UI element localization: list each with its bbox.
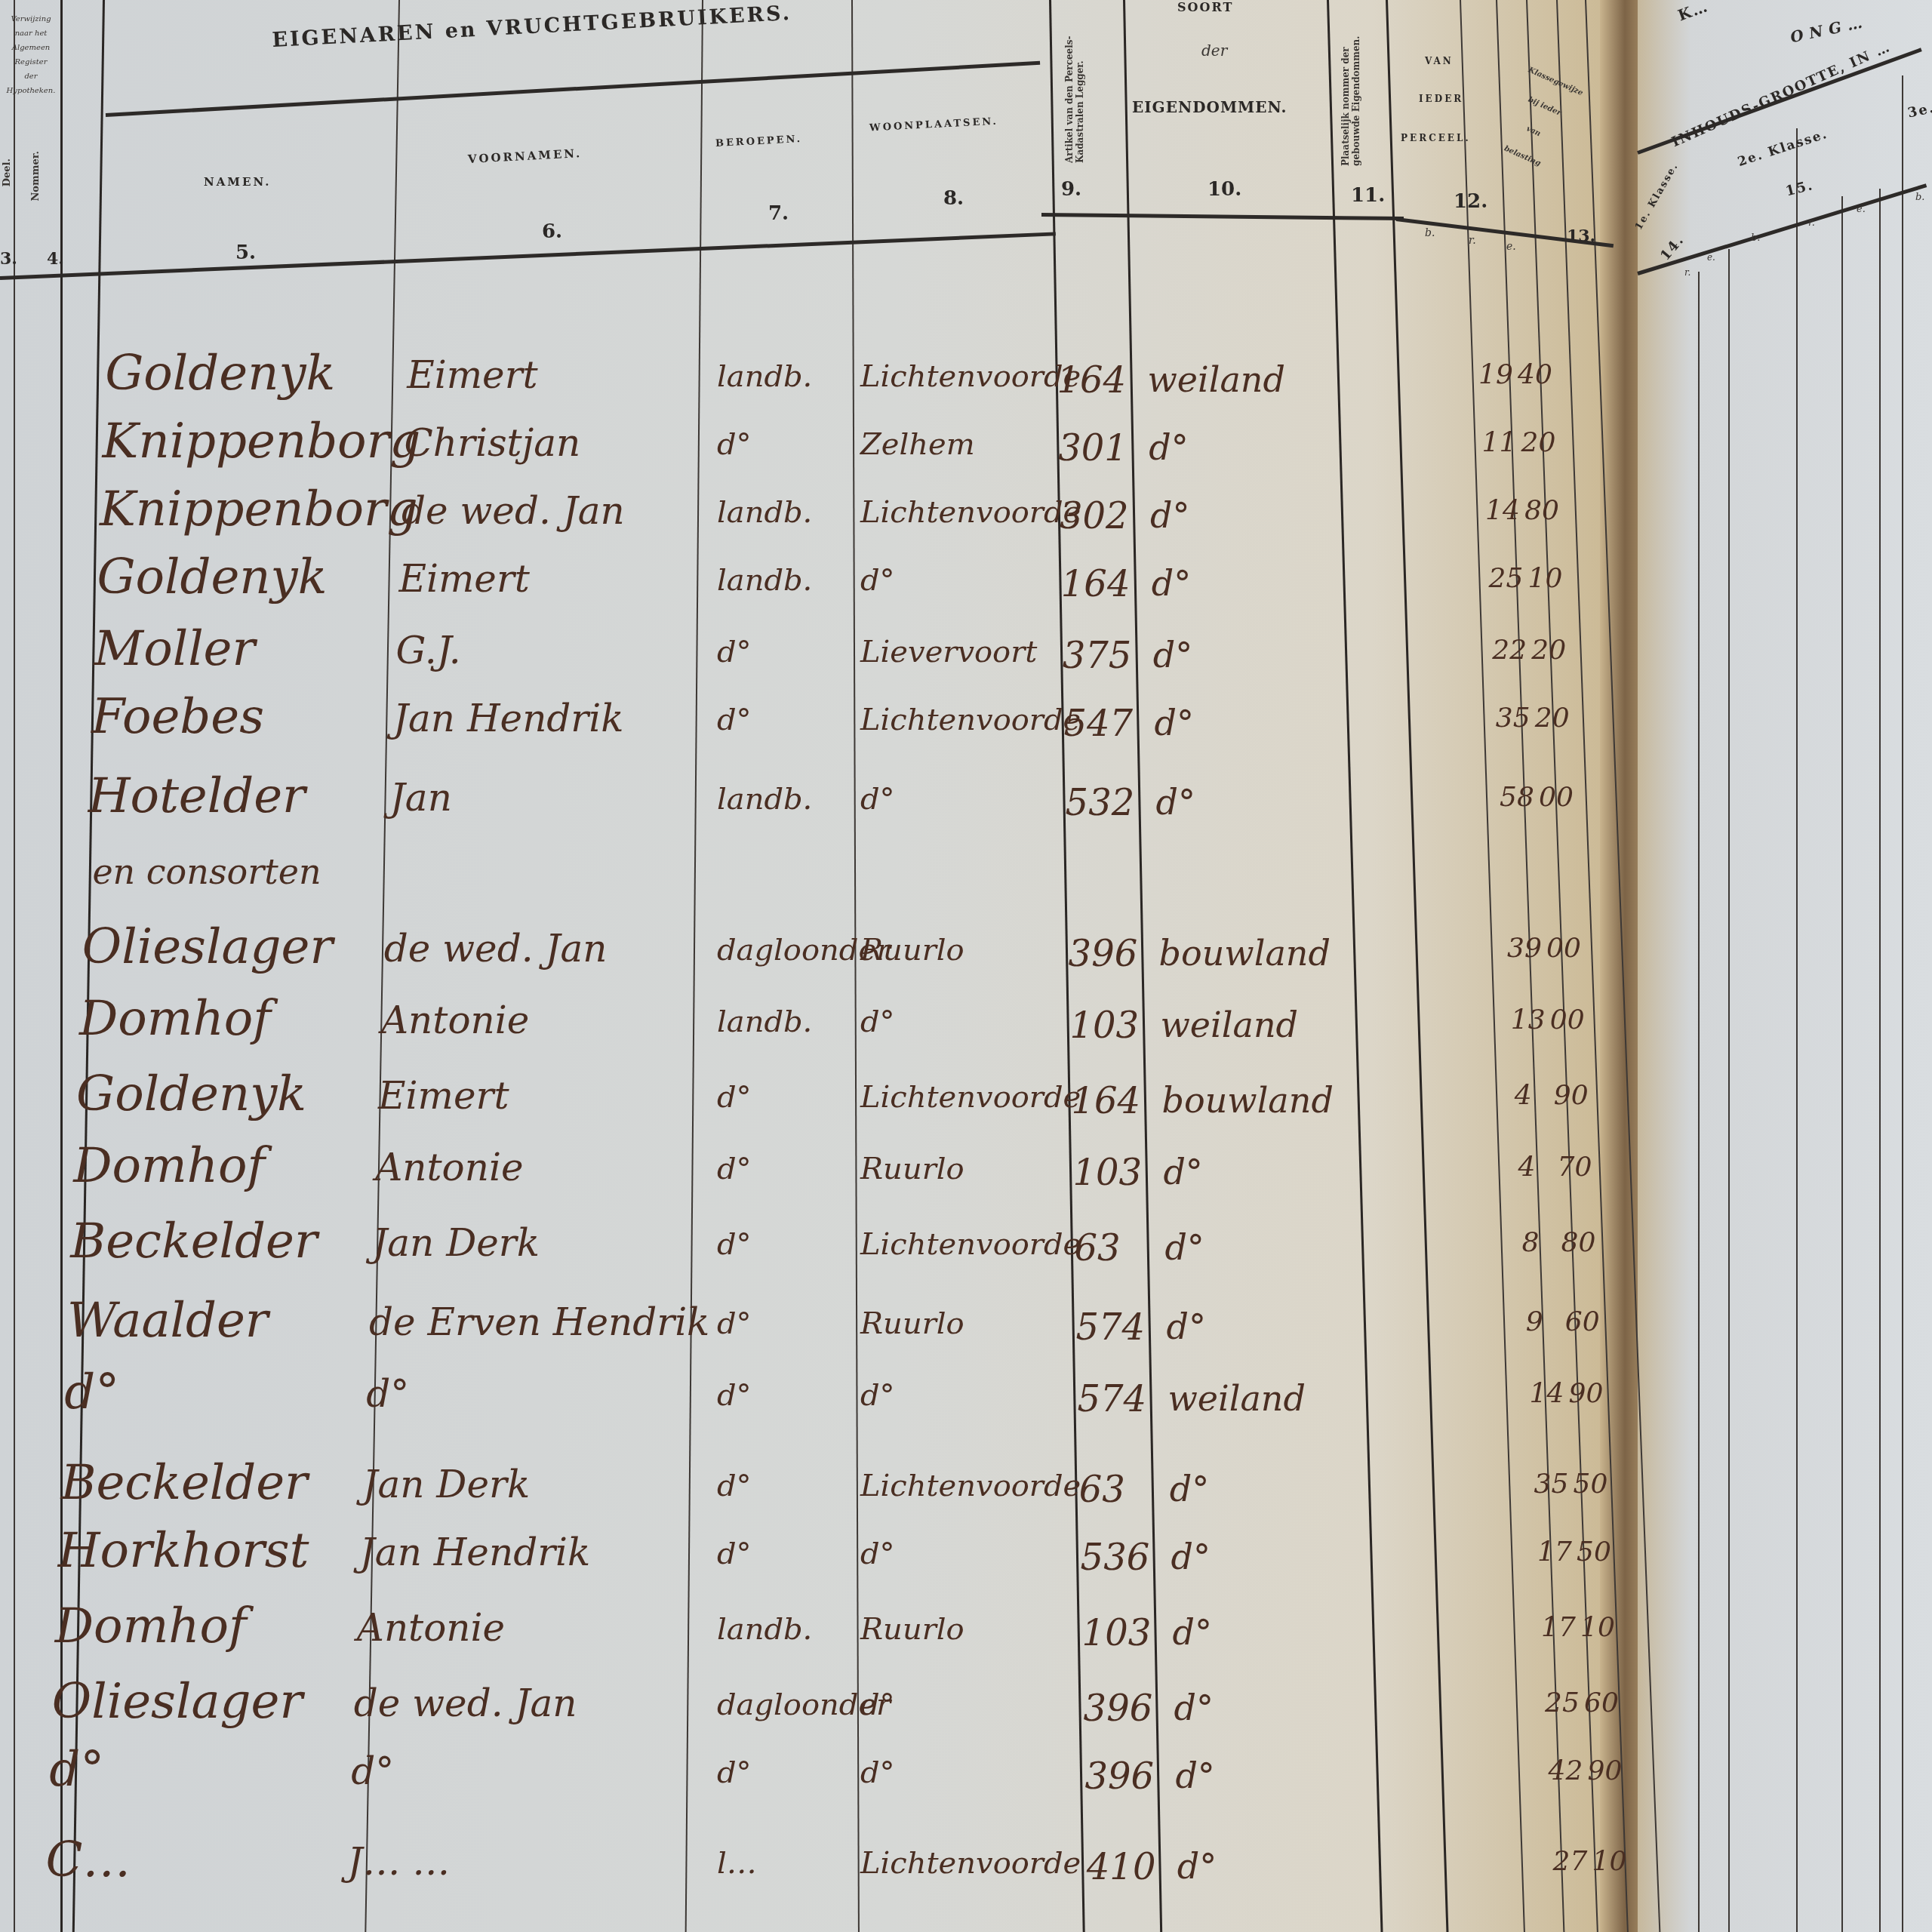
area-bunders: 19: [1478, 359, 1513, 390]
owner-first-name: de wed. Jan: [401, 489, 625, 533]
area-bunders: 13: [1511, 1004, 1546, 1035]
col-10-number: 10.: [1207, 178, 1241, 201]
ledger-article-number: 574: [1076, 1306, 1146, 1349]
owner-first-name: Eimert: [398, 557, 530, 601]
unit-label: r.: [1808, 216, 1815, 230]
area-roeden: 80: [1561, 1227, 1596, 1258]
area-bunders: 39: [1507, 933, 1542, 964]
property-kind: bouwland: [1162, 1080, 1334, 1121]
rule-line: [1796, 128, 1798, 1932]
ledger-article-number: 164: [1072, 1080, 1141, 1122]
residence: Lichtenvoorde: [860, 1227, 1081, 1262]
occupation: d°: [717, 1152, 752, 1186]
owner-surname: Moller: [94, 621, 255, 677]
residence: Lichtenvoorde: [860, 1469, 1081, 1503]
rule-line: [1728, 249, 1730, 1932]
area-roeden: 70: [1558, 1152, 1592, 1183]
property-kind: d°: [1163, 1152, 1202, 1192]
owner-surname: Olieslager: [82, 919, 333, 975]
col-5-number: 5.: [235, 241, 256, 264]
residence: d°: [860, 1537, 895, 1571]
owner-surname: Horkhorst: [58, 1523, 309, 1579]
owner-first-name: Jan: [390, 776, 452, 820]
col-4-label: Nommer.: [30, 151, 42, 202]
rule-line: [1879, 189, 1881, 1932]
unit-label: r.: [1684, 266, 1690, 280]
col-13-number: 13.: [1567, 226, 1595, 246]
unit-label: e.: [1707, 251, 1715, 265]
header-text: naar het: [3, 26, 59, 41]
area-roeden: 00: [1550, 1004, 1585, 1035]
owner-surname: en consorten: [92, 851, 321, 892]
property-kind: d°: [1156, 782, 1195, 823]
col-8-number: 8.: [943, 187, 964, 210]
ledger-article-number: 63: [1074, 1227, 1120, 1269]
ledger-article-number: 103: [1082, 1612, 1152, 1654]
residence: d°: [860, 782, 895, 817]
occupation: d°: [717, 1378, 752, 1413]
area-roeden: 20: [1531, 635, 1566, 666]
owner-first-name: de wed. Jan: [354, 1681, 577, 1725]
unit-label: r.: [1469, 234, 1476, 248]
owner-surname: Foebes: [91, 689, 264, 745]
residence: Zelhem: [860, 427, 975, 462]
occupation: d°: [717, 703, 752, 737]
owner-first-name: Eimert: [407, 353, 538, 397]
owner-surname: Olieslager: [52, 1674, 303, 1730]
col-10-label-top: SOORT: [1177, 0, 1233, 14]
residence: Lichtenvoorde: [860, 359, 1081, 394]
occupation: d°: [717, 1080, 752, 1115]
header-text: Register: [3, 55, 59, 69]
rule-line: [1841, 196, 1843, 1932]
area-roeden: 00: [1546, 933, 1581, 964]
owner-first-name: d°: [366, 1372, 409, 1416]
occupation: d°: [717, 1306, 752, 1341]
residence: Ruurlo: [860, 1152, 964, 1186]
area-roeden: 10: [1528, 563, 1563, 594]
ledger-article-number: 164: [1057, 359, 1126, 401]
area-bunders: 42: [1549, 1755, 1583, 1786]
area-roeden: 90: [1569, 1378, 1604, 1409]
col-3-number: 3.: [0, 249, 17, 269]
col-7-number: 7.: [768, 202, 789, 225]
area-roeden: 10: [1580, 1612, 1615, 1643]
owner-first-name: Antonie: [381, 998, 529, 1042]
area-roeden: 90: [1588, 1755, 1623, 1786]
area-bunders: 25: [1545, 1687, 1580, 1718]
owner-surname: Goldenyk: [105, 346, 335, 401]
property-kind: bouwland: [1159, 933, 1331, 974]
area-bunders: 14: [1530, 1378, 1564, 1409]
residence: d°: [860, 1755, 895, 1790]
unit-label: b.: [1751, 231, 1760, 245]
area-roeden: 50: [1577, 1537, 1611, 1567]
unit-label: b.: [1425, 226, 1435, 241]
owner-surname: Domhof: [55, 1598, 247, 1654]
col-3-label: Deel.: [2, 158, 13, 186]
ledger-article-number: 103: [1072, 1152, 1142, 1194]
property-kind: d°: [1175, 1755, 1214, 1796]
residence: Lievervoort: [860, 635, 1037, 669]
ledger-article-number: 302: [1060, 495, 1129, 537]
col-10-label: EIGENDOMMEN.: [1132, 98, 1287, 116]
header-text: Verwijzing: [3, 12, 59, 26]
occupation: landb.: [717, 782, 812, 817]
area-roeden: 90: [1554, 1080, 1589, 1111]
owner-first-name: de Erven Hendrik: [369, 1300, 709, 1344]
owner-surname: Waalder: [67, 1293, 268, 1349]
ledger-article-number: 164: [1061, 563, 1131, 605]
ledger-article-number: 63: [1079, 1469, 1125, 1511]
area-bunders: 4: [1518, 1152, 1536, 1183]
area-bunders: 25: [1489, 563, 1524, 594]
occupation: l…: [717, 1846, 757, 1881]
occupation: landb.: [717, 563, 812, 598]
occupation: d°: [717, 1227, 752, 1262]
occupation: d°: [717, 1755, 752, 1790]
area-bunders: 17: [1541, 1612, 1576, 1643]
area-roeden: 60: [1584, 1687, 1619, 1718]
residence: Ruurlo: [860, 1306, 964, 1341]
ledger-article-number: 396: [1084, 1755, 1154, 1798]
area-bunders: 35: [1534, 1469, 1569, 1500]
col-12-label-line: IEDER: [1419, 94, 1463, 104]
owner-first-name: Jan Derk: [362, 1463, 530, 1506]
owner-first-name: de wed. Jan: [384, 927, 608, 971]
area-roeden: 40: [1518, 359, 1552, 390]
col-9-label: Artikel van den Perceels-Kadastralen Leg…: [1064, 5, 1099, 163]
unit-label: e.: [1506, 240, 1516, 254]
residence: Lichtenvoorde: [860, 1080, 1081, 1115]
property-kind: d°: [1170, 1469, 1209, 1509]
area-roeden: 20: [1521, 427, 1556, 458]
property-kind: d°: [1173, 1612, 1212, 1653]
occupation: landb.: [717, 495, 812, 530]
area-bunders: 8: [1522, 1227, 1540, 1258]
area-bunders: 14: [1485, 495, 1520, 526]
occupation: landb.: [717, 1004, 812, 1039]
owner-first-name: Eimert: [378, 1074, 509, 1118]
ledger-article-number: 396: [1084, 1687, 1153, 1730]
col-12-number: 12.: [1454, 190, 1487, 213]
property-kind: d°: [1164, 1227, 1204, 1268]
ledger-article-number: 396: [1069, 933, 1138, 975]
owner-surname: Domhof: [73, 1138, 265, 1194]
property-kind: weiland: [1161, 1004, 1299, 1045]
area-bunders: 17: [1537, 1537, 1572, 1567]
col-12-label-line: PERCEEL.: [1401, 133, 1471, 143]
owner-surname: d°: [64, 1364, 119, 1420]
header-text: Algemeen: [3, 41, 59, 55]
ledger-article-number: 103: [1070, 1004, 1140, 1047]
property-kind: d°: [1149, 427, 1188, 468]
ledger-article-number: 536: [1081, 1537, 1150, 1579]
area-bunders: 58: [1500, 782, 1534, 813]
owner-surname: Domhof: [79, 991, 271, 1047]
right-page: [1638, 0, 1932, 1932]
owner-surname: C…: [45, 1832, 131, 1888]
property-kind: d°: [1155, 703, 1194, 743]
occupation: d°: [717, 427, 752, 462]
residence: Ruurlo: [860, 933, 964, 968]
col-5-label: NAMEN.: [204, 175, 271, 189]
area-roeden: 50: [1574, 1469, 1608, 1500]
owner-first-name: J… …: [347, 1840, 450, 1884]
owner-surname: Knippenborg: [100, 481, 418, 537]
occupation: d°: [717, 1537, 752, 1571]
header-text: Hypotheken.: [3, 84, 59, 98]
residence: d°: [860, 563, 895, 598]
area-bunders: 4: [1515, 1080, 1532, 1111]
occupation: landb.: [717, 359, 812, 394]
property-kind: d°: [1153, 635, 1192, 675]
property-kind: d°: [1171, 1537, 1211, 1577]
area-roeden: 10: [1592, 1846, 1627, 1877]
ledger-article-number: 574: [1077, 1378, 1146, 1420]
property-kind: d°: [1177, 1846, 1217, 1887]
ledger-article-number: 532: [1066, 782, 1135, 824]
area-bunders: 9: [1526, 1306, 1543, 1337]
occupation: d°: [717, 1469, 752, 1503]
owner-first-name: Christjan: [405, 421, 581, 465]
area-bunders: 35: [1496, 703, 1531, 734]
residence: Ruurlo: [860, 1612, 964, 1647]
col-6-number: 6.: [542, 220, 562, 243]
owner-surname: Hotelder: [88, 768, 306, 824]
area-roeden: 60: [1565, 1306, 1600, 1337]
owner-surname: Beckelder: [70, 1214, 317, 1269]
owner-surname: d°: [49, 1742, 104, 1798]
col-11-number: 11.: [1351, 184, 1385, 207]
area-bunders: 22: [1492, 635, 1527, 666]
unit-label: b.: [1915, 190, 1924, 205]
owner-surname: Goldenyk: [97, 549, 327, 605]
owner-first-name: d°: [351, 1749, 394, 1793]
residence: d°: [860, 1378, 895, 1413]
area-roeden: 20: [1535, 703, 1570, 734]
ledger-article-number: 410: [1087, 1846, 1156, 1888]
rule-line: [1698, 272, 1700, 1932]
area-bunders: 11: [1482, 427, 1517, 458]
owner-first-name: Antonie: [375, 1146, 523, 1189]
col-12-label-line: VAN: [1425, 56, 1454, 66]
owner-first-name: Jan Hendrik: [393, 697, 624, 740]
col-9-number: 9.: [1061, 178, 1081, 201]
residence: Lichtenvoorde: [860, 1846, 1081, 1881]
col-11-label: Plaatselijk nommer der gebouwde Eigendom…: [1340, 0, 1375, 166]
residence: Lichtenvoorde: [860, 703, 1081, 737]
property-kind: weiland: [1168, 1378, 1306, 1419]
property-kind: d°: [1167, 1306, 1206, 1347]
residence: d°: [860, 1004, 895, 1039]
area-roeden: 00: [1539, 782, 1574, 813]
ledger-article-number: 301: [1058, 427, 1128, 469]
area-bunders: 27: [1553, 1846, 1588, 1877]
occupation: d°: [717, 635, 752, 669]
owner-first-name: G.J.: [396, 629, 461, 672]
property-kind: weiland: [1147, 359, 1285, 400]
residence: Lichtenvoorde: [860, 495, 1081, 530]
col-4-number: 4.: [47, 249, 64, 269]
area-roeden: 80: [1524, 495, 1559, 526]
owner-first-name: Jan Derk: [372, 1221, 540, 1265]
owner-surname: Beckelder: [60, 1455, 307, 1511]
rule-line: [14, 0, 15, 1932]
occupation: landb.: [717, 1612, 812, 1647]
owner-surname: Goldenyk: [76, 1066, 306, 1122]
property-kind: d°: [1174, 1687, 1214, 1728]
rule-line: [1902, 75, 1903, 1932]
header-text: der: [3, 69, 59, 84]
owner-surname: Knippenborg: [103, 414, 421, 469]
ledger-article-number: 547: [1064, 703, 1134, 745]
col-10-label-mid: der: [1201, 44, 1227, 58]
residence: d°: [860, 1687, 895, 1722]
unit-label: e.: [1857, 202, 1866, 217]
owner-first-name: Antonie: [357, 1606, 505, 1650]
property-kind: d°: [1152, 563, 1191, 604]
ledger-article-number: 375: [1063, 635, 1132, 677]
owner-first-name: Jan Hendrik: [360, 1531, 591, 1574]
property-kind: d°: [1150, 495, 1189, 536]
